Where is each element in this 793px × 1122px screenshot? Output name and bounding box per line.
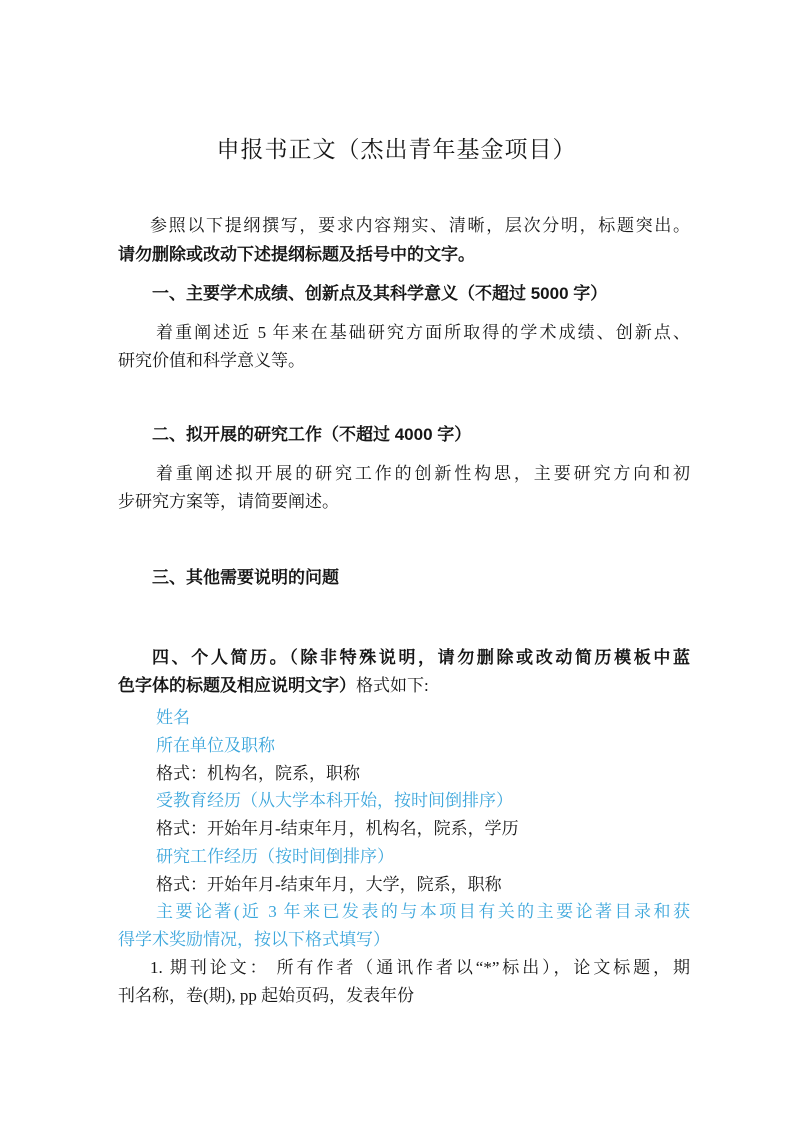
section-3-heading: 三、其他需要说明的问题 bbox=[118, 568, 690, 588]
section-2-heading: 二、拟开展的研究工作（不超过 4000 字） bbox=[118, 425, 690, 445]
cv-education-label: 受教育经历（从大学本科开始，按时间倒排序） bbox=[118, 791, 690, 811]
cv-research-label: 研究工作经历（按时间倒排序） bbox=[118, 847, 690, 867]
document-page: 申报书正文（杰出青年基金项目） 参照以下提纲撰写，要求内容翔实、清晰，层次分明，… bbox=[0, 0, 793, 1122]
cv-education-format: 格式：开始年月-结束年月，机构名，院系，学历 bbox=[118, 819, 690, 839]
cv-publications-label-line-1: 主要论著(近 3 年来已发表的与本项目有关的主要论著目录和获 bbox=[118, 902, 690, 922]
section-2-body-line-1: 着重阐述拟开展的研究工作的创新性构思，主要研究方向和初 bbox=[118, 464, 690, 484]
section-1-body-line-2: 研究价值和科学意义等。 bbox=[118, 351, 690, 371]
section-1-heading: 一、主要学术成绩、创新点及其科学意义（不超过 5000 字） bbox=[118, 284, 690, 304]
cv-journal-item-line-1: 1. 期刊论文： 所有作者（通讯作者以“*”标出），论文标题，期 bbox=[118, 958, 690, 978]
cv-affiliation-label: 所在单位及职称 bbox=[118, 736, 690, 756]
section-4-heading-line-2-bold: 色字体的标题及相应说明文字） bbox=[118, 676, 356, 695]
cv-research-format: 格式：开始年月-结束年月，大学，院系，职称 bbox=[118, 875, 690, 895]
section-2-body-line-2: 步研究方案等，请简要阐述。 bbox=[118, 492, 690, 512]
page-title: 申报书正文（杰出青年基金项目） bbox=[0, 136, 793, 164]
section-4-heading-line-2-tail: 格式如下: bbox=[356, 676, 429, 695]
intro-line-1: 参照以下提纲撰写，要求内容翔实、清晰，层次分明，标题突出。 bbox=[118, 216, 690, 236]
cv-name-label: 姓名 bbox=[118, 708, 690, 728]
section-4-heading-line-2: 色字体的标题及相应说明文字）格式如下: bbox=[118, 676, 690, 696]
cv-journal-item-line-2: 刊名称，卷(期), pp 起始页码，发表年份 bbox=[118, 986, 690, 1006]
section-1-body-line-1: 着重阐述近 5 年来在基础研究方面所取得的学术成绩、创新点、 bbox=[118, 323, 690, 343]
intro-line-2-bold: 请勿删除或改动下述提纲标题及括号中的文字。 bbox=[118, 245, 690, 265]
section-4-heading-line-1: 四、个人简历。（除非特殊说明，请勿删除或改动简历模板中蓝 bbox=[118, 648, 690, 668]
cv-affiliation-format: 格式：机构名，院系，职称 bbox=[118, 764, 690, 784]
cv-publications-label-line-2: 得学术奖励情况，按以下格式填写） bbox=[118, 930, 690, 950]
